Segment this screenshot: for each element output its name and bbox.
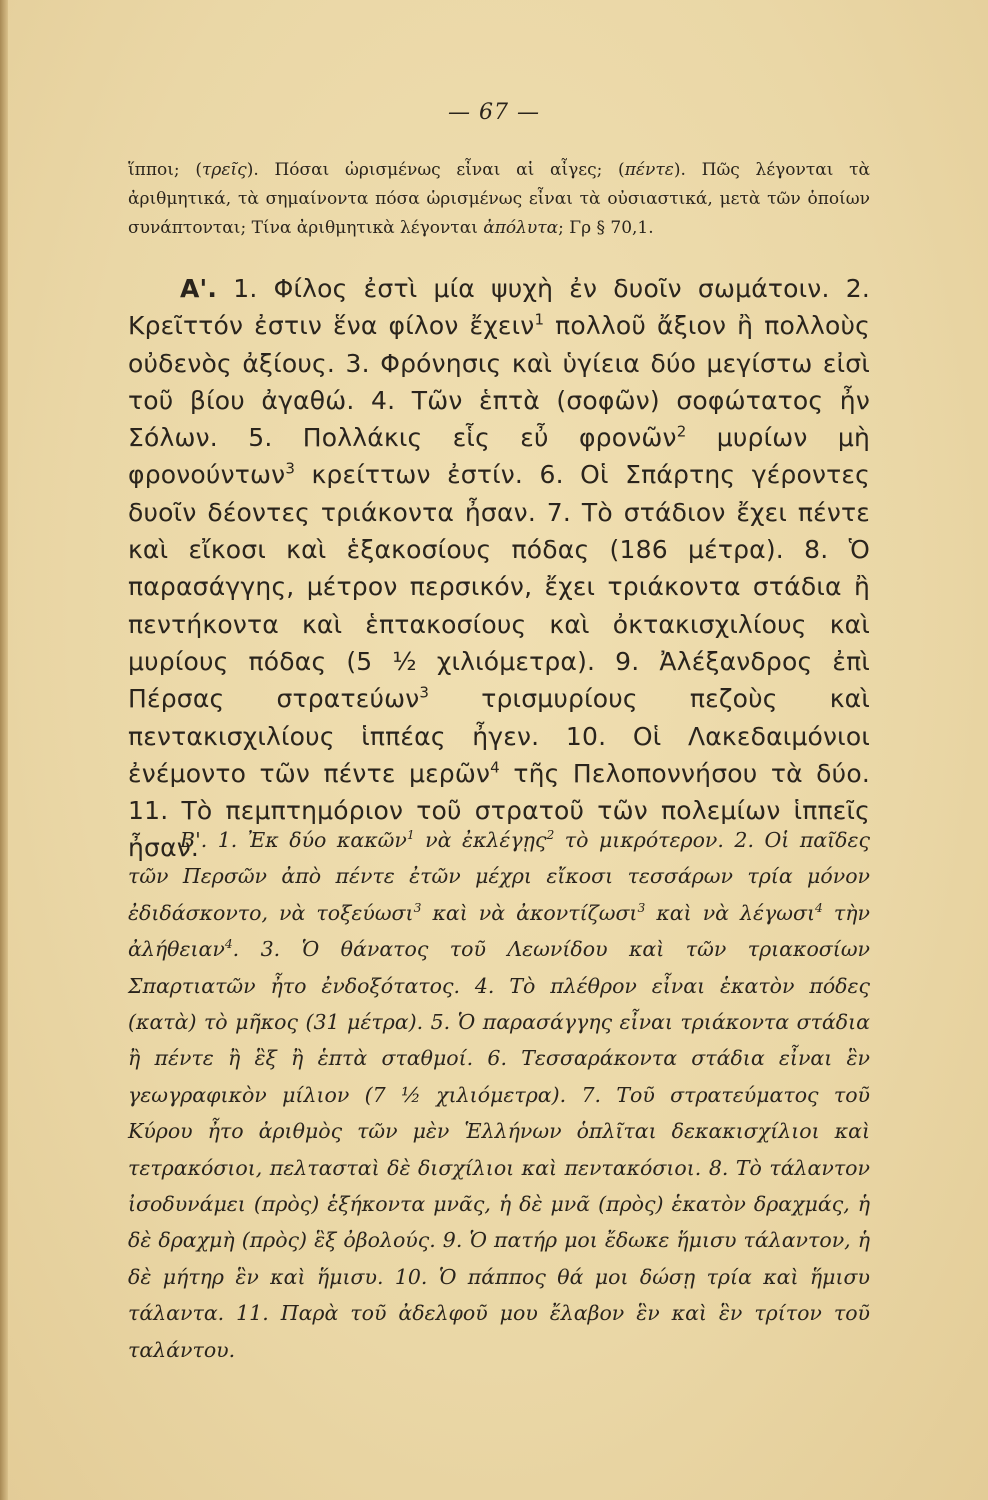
- footnote-marker: 4: [225, 937, 233, 951]
- page-binding-edge: [0, 0, 8, 1500]
- footnote-marker: 3: [285, 460, 295, 478]
- answer-hint: τρεῖς: [202, 160, 247, 180]
- footnote-marker: 3: [419, 684, 429, 702]
- footnote-marker: 4: [490, 759, 500, 777]
- book-page: — 67 — ἵπποι; (τρεῖς). Πόσαι ὡρισμένως ε…: [0, 0, 988, 1500]
- footnote-marker: 1: [407, 828, 415, 842]
- footnote-marker: 2: [677, 423, 687, 441]
- footnote-marker: 4: [815, 901, 823, 915]
- sentence-text: κρείττων ἐστίν. 6. Οἱ Σπάρτης γέροντες δ…: [128, 460, 870, 713]
- page-number: — 67 —: [0, 100, 988, 125]
- sentence-text: νὰ ἐκλέγῃς: [415, 828, 547, 852]
- question-text: ). Πόσαι ὡρισμένως εἶναι αἱ αἶγες; (: [247, 160, 625, 180]
- footnote-marker: 1: [534, 311, 544, 329]
- sentence-text: . 3. Ὁ θάνατος τοῦ Λεωνίδου καὶ τῶν τρια…: [128, 937, 870, 1361]
- section-label: Α'.: [180, 274, 217, 303]
- exercise-section-a: Α'. 1. Φίλος ἐστὶ μία ψυχὴ ἐν δυοῖν σωμά…: [128, 270, 870, 867]
- sentence-text: καὶ νὰ ἀκοντίζωσι: [421, 901, 637, 925]
- sentence-text: 1. Ἐκ δύο κακῶν: [207, 828, 407, 852]
- exercise-question: ἵπποι; (τρεῖς). Πόσαι ὡρισμένως εἶναι αἱ…: [128, 156, 870, 243]
- question-text: ἵπποι; (: [128, 160, 202, 180]
- exercise-section-b: Β'. 1. Ἐκ δύο κακῶν1 νὰ ἐκλέγῃς2 τὸ μικρ…: [128, 822, 870, 1368]
- sentence-text: καὶ νὰ λέγωσι: [645, 901, 815, 925]
- section-label: Β'.: [180, 828, 207, 852]
- grammar-reference: ; Γρ § 70,1.: [558, 218, 653, 238]
- term-italic: ἀπόλυτα: [483, 218, 558, 238]
- answer-hint: πέντε: [625, 160, 674, 180]
